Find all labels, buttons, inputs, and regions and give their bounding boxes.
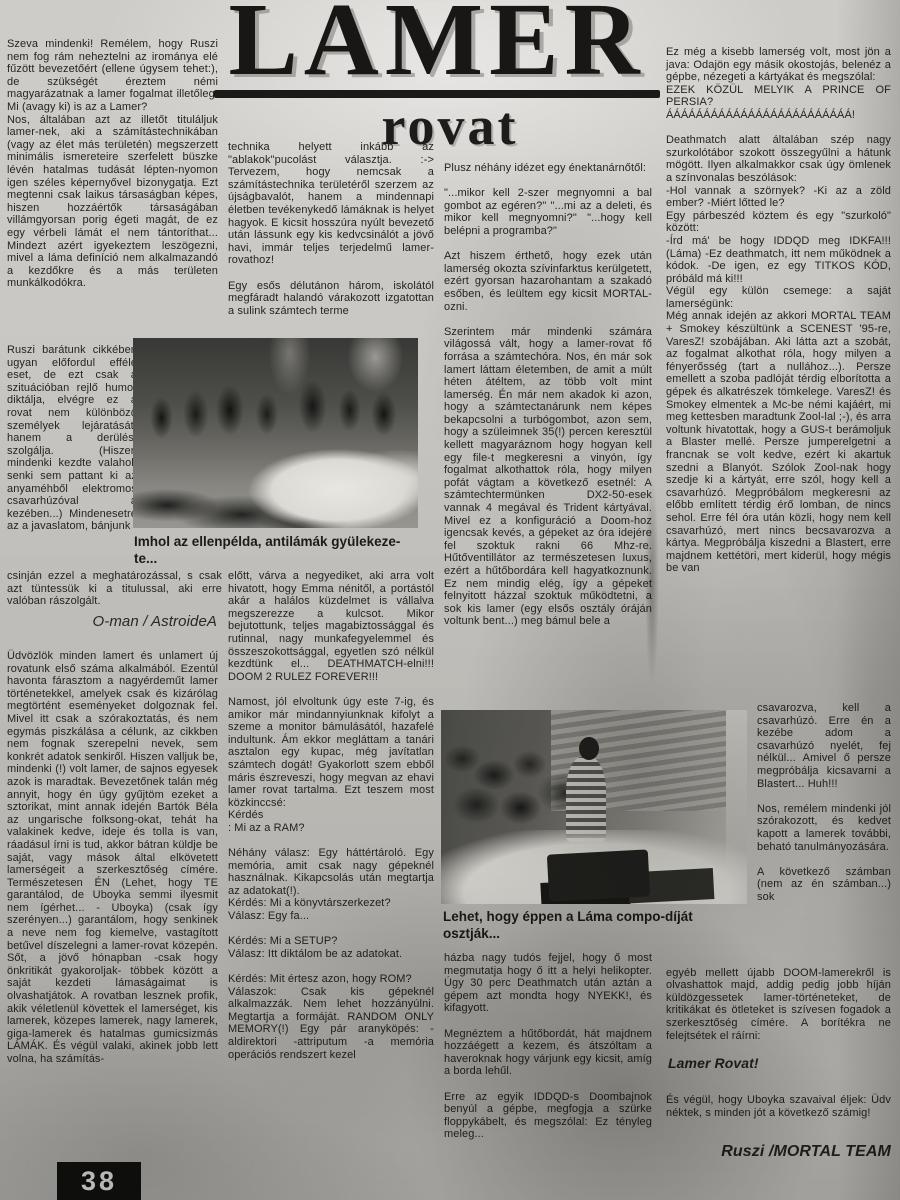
photo-antilama-gathering xyxy=(133,338,418,528)
page-number-badge: 38 xyxy=(57,1162,141,1200)
column3-bottom: házba nagy tudós fejjel, hogy ő most meg… xyxy=(444,952,652,1141)
photo2-equipment xyxy=(547,849,650,901)
photo1-caption: Imhol az ellenpélda, antilámák gyülekeze… xyxy=(134,533,430,567)
photo2-figure-head xyxy=(579,737,599,760)
author-byline-ruszi: Ruszi /MORTAL TEAM xyxy=(666,1146,891,1159)
photo2-striped-figure xyxy=(566,757,606,842)
lamer-rovat-slogan: Lamer Rovat! xyxy=(668,1057,891,1070)
masthead: LAMER rovat xyxy=(214,0,660,150)
magazine-page: LAMER rovat Szeva mindenki! Remélem, hog… xyxy=(0,0,900,1200)
author-byline-oman: O-man / AstroideA xyxy=(7,616,217,629)
column2-top: technika helyett inkább az "ablakok"puco… xyxy=(228,141,434,317)
column1-intro: Szeva mindenki! Remélem, hogy Ruszi nem … xyxy=(7,38,218,290)
column1-continuation: csinján ezzel a meghatározással, s csak … xyxy=(7,570,222,608)
page-title: LAMER xyxy=(214,0,660,92)
photo-lama-compo-award xyxy=(441,710,747,904)
column1-narrow-text: Ruszi barátunk cikkében ugyan előfordul … xyxy=(7,344,137,533)
photo2-caption: Lehet, hogy éppen a Láma compo-díját osz… xyxy=(443,908,755,942)
column4-outro: egyéb mellett újabb DOOM-lamerekről is o… xyxy=(666,967,891,1043)
column1-body: Üdvözlök minden lamert és unlamert új ro… xyxy=(7,650,218,1066)
column2-bottom: előtt, várva a negyediket, aki arra volt… xyxy=(228,570,434,1061)
column4-closing: És végül, hogy Uboyka szavaival éljek: Ü… xyxy=(666,1094,891,1119)
column3-top: Plusz néhány idézet egy énektanárnőtől: … xyxy=(444,162,652,628)
page-number-text: 38 xyxy=(81,1166,117,1197)
column4-narrow-text: csavarozva, kell a csavarhúzó. Erre én a… xyxy=(757,702,891,904)
column4-bottom: egyéb mellett újabb DOOM-lamerekről is o… xyxy=(666,954,891,1171)
column4-top: Ez még a kisebb lamerség volt, most jön … xyxy=(666,46,891,575)
